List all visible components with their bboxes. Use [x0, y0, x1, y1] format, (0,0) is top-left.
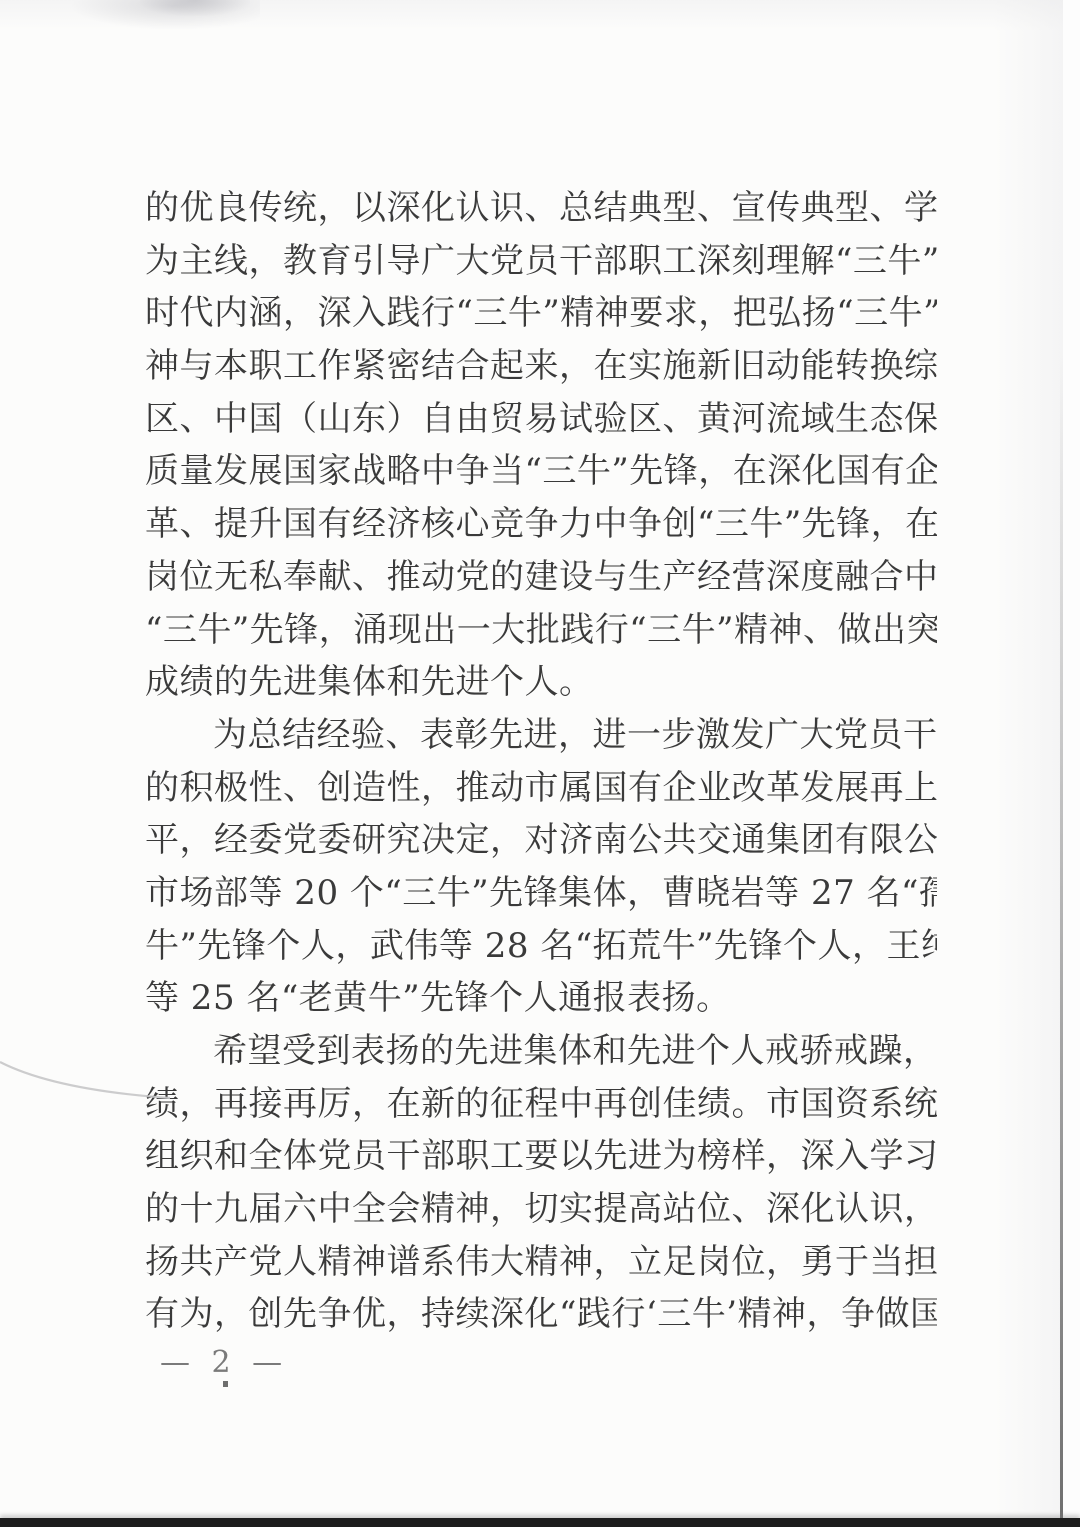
text-line: 等 25 名“老黄牛”先锋个人通报表扬。: [145, 972, 937, 1025]
text-line: 市场部等 20 个“三牛”先锋集体，曹晓岩等 27 名“孺子: [145, 867, 937, 920]
scanned-document-page: 的优良传统，以深化认识、总结典型、宣传典型、学做典型 为主线，教育引导广大党员干…: [0, 0, 1080, 1527]
text-line-paragraph-start: 为总结经验、表彰先进，进一步激发广大党员干部职工: [145, 709, 937, 762]
scan-bottom-edge: [0, 1518, 1080, 1527]
text-line: 时代内涵，深入践行“三牛”精神要求，把弘扬“三牛”精: [145, 287, 937, 340]
text-line: 的十九届六中全会精神，切实提高站位、深化认识，大力弘: [145, 1183, 937, 1236]
scan-smudge: [140, 0, 250, 16]
text-line: 革、提升国有经济核心竞争力中争创“三牛”先锋，在立足: [145, 498, 937, 551]
text-line: 神与本职工作紧密结合起来，在实施新旧动能转换综合试验: [145, 340, 937, 393]
text-line: 绩，再接再厉，在新的征程中再创佳绩。市国资系统各级党: [145, 1078, 937, 1131]
scan-speck: [223, 1381, 228, 1387]
text-line: 为主线，教育引导广大党员干部职工深刻理解“三牛”精神: [145, 235, 937, 288]
text-line: 组织和全体党员干部职工要以先进为榜样，深入学习贯彻党: [145, 1130, 937, 1183]
document-text-block: 的优良传统，以深化认识、总结典型、宣传典型、学做典型 为主线，教育引导广大党员干…: [145, 182, 937, 1341]
text-line: “三牛”先锋，涌现出一大批践行“三牛”精神、做出突出: [145, 604, 937, 657]
text-line: 的积极性、创造性，推动市属国有企业改革发展再上新水: [145, 762, 937, 815]
text-line: 牛”先锋个人，武伟等 28 名“拓荒牛”先锋个人，王纯波: [145, 920, 937, 973]
text-line: 区、中国（山东）自由贸易试验区、黄河流域生态保护和高: [145, 393, 937, 446]
page-edge-strip: [1063, 0, 1080, 1518]
text-line: 质量发展国家战略中争当“三牛”先锋，在深化国有企业改: [145, 445, 937, 498]
scan-smudge: [70, 0, 260, 30]
page-edge-shadow: [1060, 350, 1063, 1518]
text-line: 平，经委党委研究决定，对济南公共交通集团有限公司营运: [145, 814, 937, 867]
text-line: 有为，创先争优，持续深化“践行‘三牛’精神，争做国企: [145, 1288, 937, 1341]
page-number: — 2 —: [160, 1343, 288, 1383]
text-line: 成绩的先进集体和先进个人。: [145, 656, 937, 709]
text-line: 的优良传统，以深化认识、总结典型、宣传典型、学做典型: [145, 182, 937, 235]
text-line-paragraph-start: 希望受到表扬的先进集体和先进个人戒骄戒躁，发扬成: [145, 1025, 937, 1078]
text-line: 岗位无私奉献、推动党的建设与生产经营深度融合中争做: [145, 551, 937, 604]
text-line: 扬共产党人精神谱系伟大精神，立足岗位，勇于当担，奋发: [145, 1236, 937, 1289]
